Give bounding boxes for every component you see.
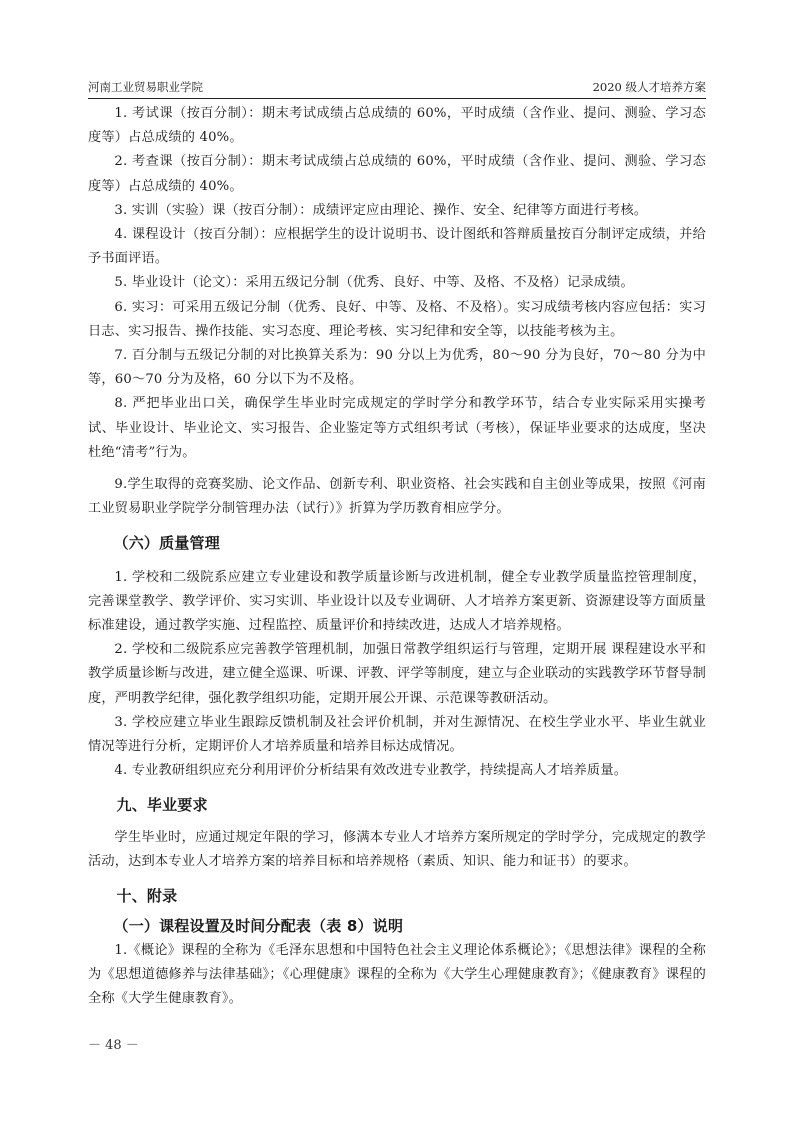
section-heading-graduation: 九、毕业要求 xyxy=(88,793,706,817)
quality-item-1: 1. 学校和二级院系应建立专业建设和教学质量诊断与改进机制，健全专业教学质量监控… xyxy=(88,566,706,639)
page-header: 河南工业贸易职业学院 2020 级人才培养方案 xyxy=(88,79,706,97)
assessment-item-3: 3. 实训（实验）课（按百分制）：成绩评定应由理论、操作、安全、纪律等方面进行考… xyxy=(88,199,706,223)
assessment-item-6: 6. 实习：可采用五级记分制（优秀、良好、中等、及格、不及格）。实习成绩考核内容… xyxy=(88,296,706,344)
section-heading-appendix: 十、附录 xyxy=(88,884,706,908)
appendix-item-1: 1.《概论》课程的全称为《毛泽东思想和中国特色社会主义理论体系概论》；《思想法律… xyxy=(88,939,706,1012)
header-doc-title: 2020 级人才培养方案 xyxy=(593,79,706,95)
assessment-item-8: 8. 严把毕业出口关，确保学生毕业时完成规定的学时学分和教学环节，结合专业实际采… xyxy=(88,392,706,465)
assessment-item-7: 7. 百分制与五级记分制的对比换算关系为：90 分以上为优秀，80～90 分为良… xyxy=(88,344,706,392)
assessment-item-1: 1. 考试课（按百分制）：期末考试成绩占总成绩的 60%，平时成绩（含作业、提问… xyxy=(88,102,706,150)
quality-item-4: 4. 专业教研组织应充分利用评价分析结果有效改进专业教学，持续提高人才培养质量。 xyxy=(88,759,706,783)
header-institution: 河南工业贸易职业学院 xyxy=(88,79,203,95)
assessment-item-5: 5. 毕业设计（论文）：采用五级记分制（优秀、良好、中等、及格、不及格）记录成绩… xyxy=(88,271,706,295)
assessment-item-4: 4. 课程设计（按百分制）：应根据学生的设计说明书、设计图纸和答辩质量按百分制评… xyxy=(88,223,706,271)
subsection-heading-course-table: （一）课程设置及时间分配表（表 8）说明 xyxy=(88,914,706,938)
graduation-text: 学生毕业时，应通过规定年限的学习，修满本专业人才培养方案所规定的学时学分，完成规… xyxy=(88,826,706,874)
section-heading-quality: （六）质量管理 xyxy=(88,531,706,555)
page-body: 1. 考试课（按百分制）：期末考试成绩占总成绩的 60%，平时成绩（含作业、提问… xyxy=(88,102,706,1011)
assessment-item-9: 9.学生取得的竞赛奖励、论文作品、创新专利、职业资格、社会实践和自主创业等成果，… xyxy=(88,473,706,521)
quality-item-2: 2. 学校和二级院系应完善教学管理机制，加强日常教学组织运行与管理，定期开展 课… xyxy=(88,638,706,711)
quality-item-3: 3. 学校应建立毕业生跟踪反馈机制及社会评价机制，并对生源情况、在校生学业水平、… xyxy=(88,711,706,759)
page-number: － 48 － xyxy=(88,1034,139,1053)
header-divider xyxy=(88,98,706,99)
assessment-item-2: 2. 考查课（按百分制）：期末考试成绩占总成绩的 60%，平时成绩（含作业、提问… xyxy=(88,150,706,198)
